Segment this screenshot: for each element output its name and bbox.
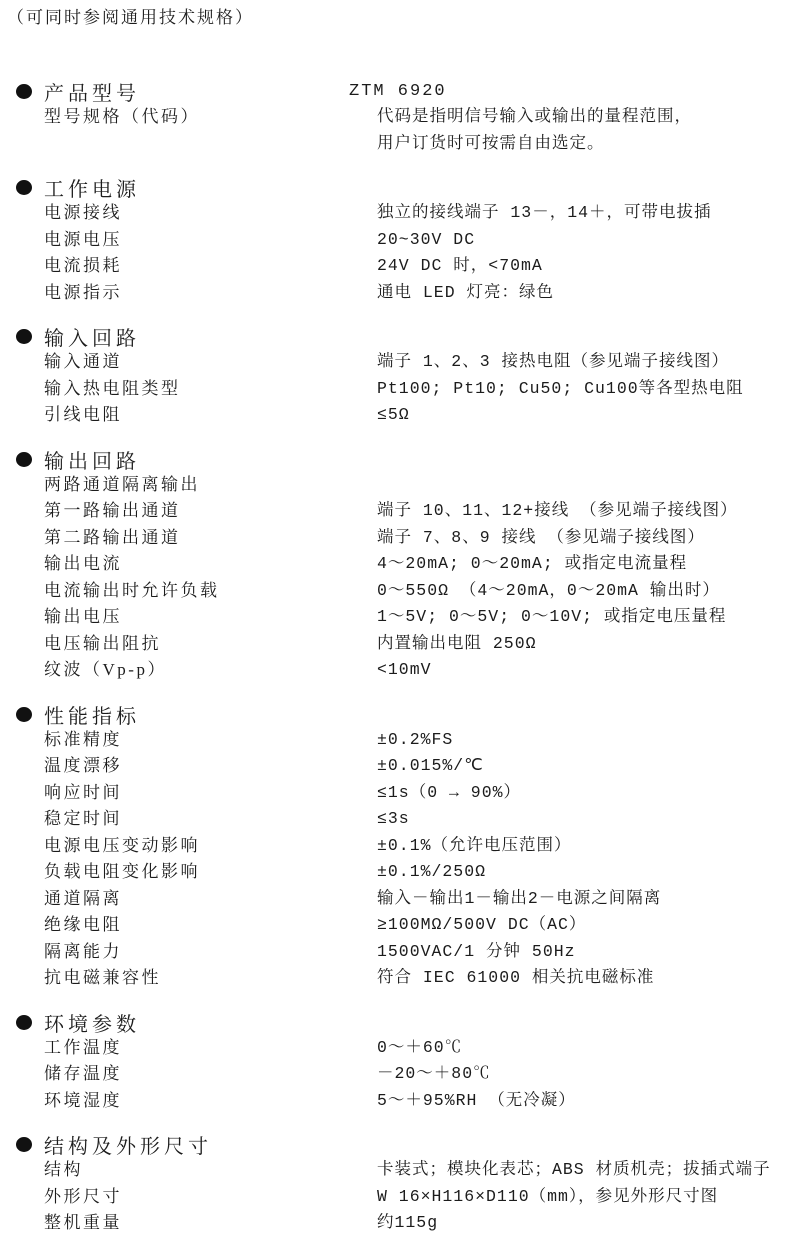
spec-row: 纹波（Vp-p）<10mV: [0, 657, 790, 684]
spec-label: 温度漂移: [44, 753, 377, 780]
spec-label: 电流输出时允许负载: [44, 578, 377, 605]
spec-value: －20～＋80℃: [377, 1061, 790, 1088]
spec-label: 电源指示: [44, 280, 377, 307]
section-header: 性能指标: [0, 700, 790, 727]
spec-label: 引线电阻: [44, 402, 377, 429]
bullet-icon: [16, 180, 32, 195]
spec-row: 储存温度－20～＋80℃: [0, 1061, 790, 1088]
spec-value: 0～550Ω （4～20mA，0～20mA 输出时）: [377, 578, 790, 605]
spec-value: 20~30V DC: [377, 227, 790, 254]
spec-row: 电压输出阻抗内置输出电阻 250Ω: [0, 631, 790, 658]
section-title: 工作电源: [44, 173, 349, 202]
spec-value: ±0.1%/250Ω: [377, 859, 790, 886]
spec-label: 电源电压变动影响: [44, 833, 377, 860]
spec-value: 0～＋60℃: [377, 1035, 790, 1062]
section-header: 产品型号ZTM 6920: [0, 77, 790, 104]
spec-label: 通道隔离: [44, 886, 377, 913]
section-header: 工作电源: [0, 173, 790, 200]
spec-label: 输入热电阻类型: [44, 376, 377, 403]
spec-label: 电压输出阻抗: [44, 631, 377, 658]
spec-row: 结构卡装式；模块化表芯；ABS 材质机壳；拔插式端子: [0, 1157, 790, 1184]
bullet-icon: [16, 329, 32, 344]
spec-label: 隔离能力: [44, 939, 377, 966]
document-note: （可同时参阅通用技术规格）: [7, 6, 790, 30]
spec-value: ≤5Ω: [377, 402, 790, 429]
spec-section: 输入回路输入通道端子 1、2、3 接热电阻（参见端子接线图）输入热电阻类型Pt1…: [0, 322, 790, 429]
spec-value: 1～5V; 0～5V; 0～10V; 或指定电压量程: [377, 604, 790, 631]
section-header-value: ZTM 6920: [349, 82, 790, 101]
spec-value: 1500VAC/1 分钟 50Hz: [377, 939, 790, 966]
spec-label: 第一路输出通道: [44, 498, 377, 525]
section-title: 性能指标: [44, 700, 349, 729]
section-title: 输入回路: [44, 322, 349, 351]
spec-value: W 16×H116×D110（mm），参见外形尺寸图: [377, 1184, 790, 1211]
spec-value: 约115g: [377, 1210, 790, 1237]
spec-row: 隔离能力1500VAC/1 分钟 50Hz: [0, 939, 790, 966]
spec-label: 稳定时间: [44, 806, 377, 833]
spec-label: 第二路输出通道: [44, 525, 377, 552]
section-header: 环境参数: [0, 1008, 790, 1035]
section-title: 环境参数: [44, 1008, 349, 1037]
spec-label: 电流损耗: [44, 253, 377, 280]
spec-row: 稳定时间≤3s: [0, 806, 790, 833]
spec-row: 电源指示通电 LED 灯亮：绿色: [0, 280, 790, 307]
section-title: 结构及外形尺寸: [44, 1130, 349, 1159]
spec-label: 结构: [44, 1157, 377, 1184]
spec-section: 输出回路两路通道隔离输出第一路输出通道端子 10、11、12+接线 （参见端子接…: [0, 445, 790, 684]
spec-label: 负载电阻变化影响: [44, 859, 377, 886]
spec-label: 响应时间: [44, 780, 377, 807]
spec-section: 结构及外形尺寸结构卡装式；模块化表芯；ABS 材质机壳；拔插式端子外形尺寸W 1…: [0, 1130, 790, 1237]
spec-row: 整机重量约115g: [0, 1210, 790, 1237]
spec-row: 第二路输出通道端子 7、8、9 接线 （参见端子接线图）: [0, 525, 790, 552]
spec-row: 标准精度±0.2%FS: [0, 727, 790, 754]
spec-value: 通电 LED 灯亮：绿色: [377, 280, 790, 307]
spec-row: 外形尺寸W 16×H116×D110（mm），参见外形尺寸图: [0, 1184, 790, 1211]
spec-label: 整机重量: [44, 1210, 377, 1237]
spec-section: 性能指标标准精度±0.2%FS温度漂移±0.015%/℃响应时间≤1s（0 → …: [0, 700, 790, 992]
bullet-icon: [16, 1137, 32, 1152]
spec-label: 输出电压: [44, 604, 377, 631]
spec-row: 电源电压20~30V DC: [0, 227, 790, 254]
spec-row: 输入通道端子 1、2、3 接热电阻（参见端子接线图）: [0, 349, 790, 376]
spec-label: 工作温度: [44, 1035, 377, 1062]
spec-label: 电源电压: [44, 227, 377, 254]
spec-label: 标准精度: [44, 727, 377, 754]
spec-value: 独立的接线端子 13－，14＋，可带电拔插: [377, 200, 790, 227]
spec-row: 输出电压1～5V; 0～5V; 0～10V; 或指定电压量程: [0, 604, 790, 631]
spec-label: 纹波（Vp-p）: [44, 657, 377, 684]
spec-value: 符合 IEC 61000 相关抗电磁标准: [377, 965, 790, 992]
spec-value: ≤1s（0 → 90%）: [377, 780, 790, 807]
spec-section: 环境参数工作温度0～＋60℃储存温度－20～＋80℃环境湿度5～＋95%RH （…: [0, 1008, 790, 1115]
spec-value: 代码是指明信号输入或输出的量程范围， 用户订货时可按需自由选定。: [377, 104, 790, 157]
spec-row: 通道隔离输入－输出1－输出2－电源之间隔离: [0, 886, 790, 913]
spec-row: 抗电磁兼容性符合 IEC 61000 相关抗电磁标准: [0, 965, 790, 992]
spec-row: 响应时间≤1s（0 → 90%）: [0, 780, 790, 807]
section-header: 输入回路: [0, 322, 790, 349]
spec-value: ≤3s: [377, 806, 790, 833]
spec-value: [377, 472, 790, 499]
spec-label: 外形尺寸: [44, 1184, 377, 1211]
spec-label: 型号规格（代码）: [44, 104, 377, 157]
spec-value: 5～＋95%RH （无冷凝）: [377, 1088, 790, 1115]
spec-row: 电源电压变动影响±0.1%（允许电压范围）: [0, 833, 790, 860]
section-header: 输出回路: [0, 445, 790, 472]
spec-row: 第一路输出通道端子 10、11、12+接线 （参见端子接线图）: [0, 498, 790, 525]
spec-label: 储存温度: [44, 1061, 377, 1088]
spec-section: 产品型号ZTM 6920型号规格（代码）代码是指明信号输入或输出的量程范围， 用…: [0, 77, 790, 157]
spec-value: 输入－输出1－输出2－电源之间隔离: [377, 886, 790, 913]
spec-value: <10mV: [377, 657, 790, 684]
spec-row: 温度漂移±0.015%/℃: [0, 753, 790, 780]
spec-value: 端子 10、11、12+接线 （参见端子接线图）: [377, 498, 790, 525]
spec-row: 型号规格（代码）代码是指明信号输入或输出的量程范围， 用户订货时可按需自由选定。: [0, 104, 790, 157]
bullet-icon: [16, 84, 32, 99]
spec-value: ≥100MΩ/500V DC（AC）: [377, 912, 790, 939]
spec-label: 绝缘电阻: [44, 912, 377, 939]
spec-value: 卡装式；模块化表芯；ABS 材质机壳；拔插式端子: [377, 1157, 790, 1184]
section-title: 产品型号: [44, 77, 349, 106]
bullet-icon: [16, 707, 32, 722]
bullet-icon: [16, 1015, 32, 1030]
spec-document-page: （可同时参阅通用技术规格） 产品型号ZTM 6920型号规格（代码）代码是指明信…: [0, 0, 790, 1255]
spec-label: 输出电流: [44, 551, 377, 578]
spec-row: 工作温度0～＋60℃: [0, 1035, 790, 1062]
spec-value: Pt100; Pt10; Cu50; Cu100等各型热电阻: [377, 376, 790, 403]
spec-row: 绝缘电阻≥100MΩ/500V DC（AC）: [0, 912, 790, 939]
spec-label: 两路通道隔离输出: [44, 472, 377, 499]
spec-row: 两路通道隔离输出: [0, 472, 790, 499]
spec-value: 4～20mA; 0～20mA; 或指定电流量程: [377, 551, 790, 578]
section-title: 输出回路: [44, 445, 349, 474]
spec-label: 输入通道: [44, 349, 377, 376]
bullet-icon: [16, 452, 32, 467]
spec-label: 电源接线: [44, 200, 377, 227]
spec-value: ±0.1%（允许电压范围）: [377, 833, 790, 860]
spec-row: 负载电阻变化影响±0.1%/250Ω: [0, 859, 790, 886]
spec-row: 电流输出时允许负载0～550Ω （4～20mA，0～20mA 输出时）: [0, 578, 790, 605]
spec-value: 端子 7、8、9 接线 （参见端子接线图）: [377, 525, 790, 552]
spec-row: 电源接线独立的接线端子 13－，14＋，可带电拔插: [0, 200, 790, 227]
spec-value: ±0.015%/℃: [377, 753, 790, 780]
spec-value: 端子 1、2、3 接热电阻（参见端子接线图）: [377, 349, 790, 376]
spec-section: 工作电源电源接线独立的接线端子 13－，14＋，可带电拔插电源电压20~30V …: [0, 173, 790, 306]
spec-row: 输入热电阻类型Pt100; Pt10; Cu50; Cu100等各型热电阻: [0, 376, 790, 403]
spec-value: ±0.2%FS: [377, 727, 790, 754]
spec-row: 输出电流4～20mA; 0～20mA; 或指定电流量程: [0, 551, 790, 578]
spec-sections: 产品型号ZTM 6920型号规格（代码）代码是指明信号输入或输出的量程范围， 用…: [0, 77, 790, 1237]
spec-label: 环境湿度: [44, 1088, 377, 1115]
spec-row: 环境湿度5～＋95%RH （无冷凝）: [0, 1088, 790, 1115]
spec-row: 引线电阻≤5Ω: [0, 402, 790, 429]
spec-row: 电流损耗24V DC 时，<70mA: [0, 253, 790, 280]
spec-label: 抗电磁兼容性: [44, 965, 377, 992]
spec-value: 24V DC 时，<70mA: [377, 253, 790, 280]
spec-value: 内置输出电阻 250Ω: [377, 631, 790, 658]
section-header: 结构及外形尺寸: [0, 1130, 790, 1157]
